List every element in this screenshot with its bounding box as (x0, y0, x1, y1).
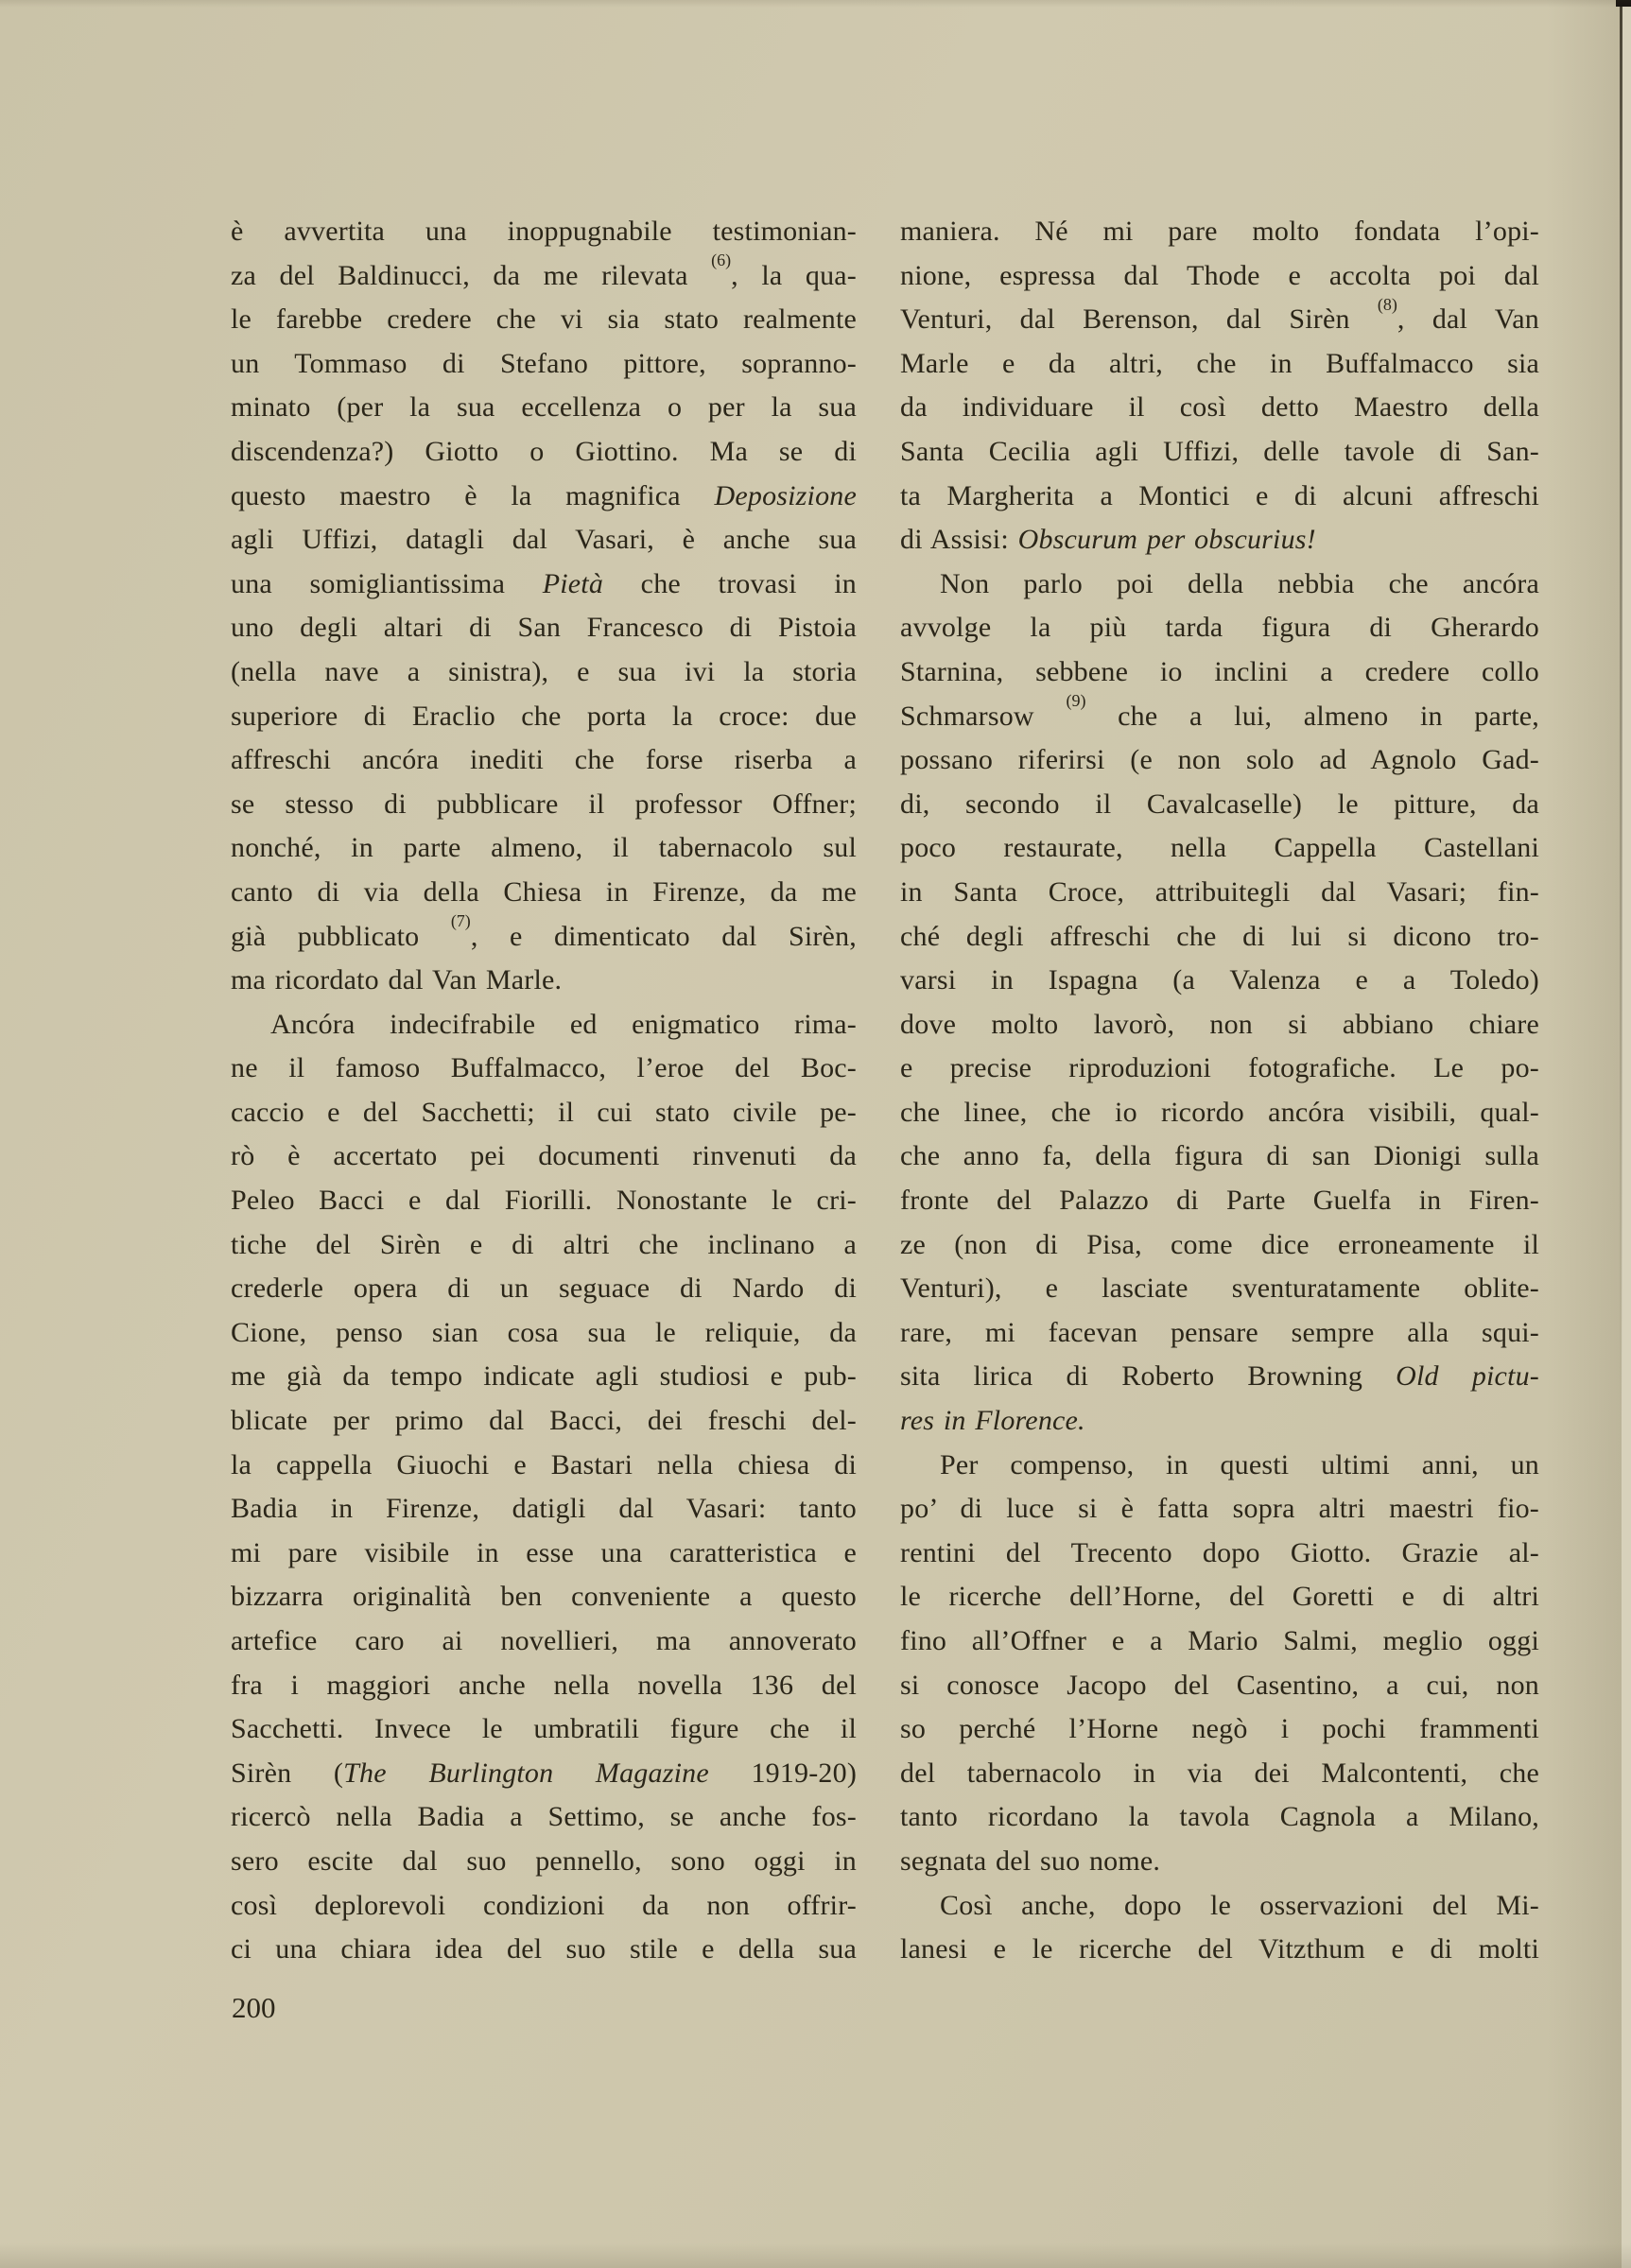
text-line: blicate per primo dal Bacci, dei freschi… (231, 1399, 857, 1444)
text-line: del tabernacolo in via dei Malcontenti, … (900, 1752, 1539, 1796)
text-line: tiche del Sirèn e di altri che inclinano… (231, 1223, 857, 1268)
text-line: lanesi e le ricerche del Vitzthum e di m… (900, 1928, 1539, 1972)
text-line: Starnina, sebbene io inclini a credere c… (900, 650, 1539, 695)
text-line: artefice caro ai novellieri, ma annovera… (231, 1619, 857, 1664)
page-edge-shadow (1546, 0, 1622, 2268)
page-gutter-line (1620, 0, 1622, 1418)
text-line: uno degli altari di San Francesco di Pis… (231, 606, 857, 650)
text-line: Badia in Firenze, datigli dal Vasari: ta… (231, 1487, 857, 1532)
text-line: Santa Cecilia agli Uffizi, delle tavole … (900, 430, 1539, 475)
text-line: segnata del suo nome. (900, 1840, 1539, 1884)
text-line: superiore di Eraclio che porta la croce:… (231, 695, 857, 739)
text-line: agli Uffizi, datagli dal Vasari, è anche… (231, 518, 857, 563)
text-line: Venturi, dal Berenson, dal Sirèn (8), da… (900, 298, 1539, 342)
bottom-edge-shadow (0, 2243, 1631, 2268)
text-line: un Tommaso di Stefano pittore, sopranno- (231, 342, 857, 387)
text-line: res in Florence. (900, 1399, 1539, 1444)
text-line: varsi in Ispagna (a Valenza e a Toledo) (900, 959, 1539, 1003)
text-line: ma ricordato dal Van Marle. (231, 959, 857, 1003)
text-line: caccio e del Sacchetti; il cui stato civ… (231, 1091, 857, 1135)
text-column-left: è avvertita una inoppugnabile testimonia… (231, 210, 857, 1972)
text-line: crederle opera di un seguace di Nardo di (231, 1267, 857, 1311)
text-line: che anno fa, della figura di san Dionigi… (900, 1134, 1539, 1179)
text-line: di Assisi: Obscurum per obscurius! (900, 518, 1539, 563)
text-line: avvolge la più tarda figura di Gherardo (900, 606, 1539, 650)
text-line: ricercò nella Badia a Settimo, se anche … (231, 1795, 857, 1840)
text-line: Non parlo poi della nebbia che ancóra (900, 563, 1539, 607)
text-line: nione, espressa dal Thode e accolta poi … (900, 254, 1539, 299)
text-line: ché degli affreschi che di lui si dicono… (900, 915, 1539, 960)
text-line: ci una chiara idea del suo stile e della… (231, 1928, 857, 1972)
text-line: in Santa Croce, attribuitegli dal Vasari… (900, 871, 1539, 915)
text-line: ta Margherita a Montici e di alcuni affr… (900, 475, 1539, 519)
text-line: è avvertita una inoppugnabile testimonia… (231, 210, 857, 254)
text-line: sero escite dal suo pennello, sono oggi … (231, 1840, 857, 1884)
top-edge-shadow (0, 0, 1631, 8)
text-line: sita lirica di Roberto Browning Old pict… (900, 1355, 1539, 1399)
text-line: Marle e da altri, che in Buffalmacco sia (900, 342, 1539, 387)
page-edge-strip (1622, 0, 1631, 2268)
text-line: fra i maggiori anche nella novella 136 d… (231, 1664, 857, 1708)
text-line: rò è accertato pei documenti rinvenuti d… (231, 1134, 857, 1179)
text-line: nonché, in parte almeno, il tabernacolo … (231, 826, 857, 871)
text-line: già pubblicato (7), e dimenticato dal Si… (231, 915, 857, 960)
text-line: po’ di luce si è fatta sopra altri maest… (900, 1487, 1539, 1532)
text-line: maniera. Né mi pare molto fondata l’opi- (900, 210, 1539, 254)
text-line: una somigliantissima Pietà che trovasi i… (231, 563, 857, 607)
text-line: dove molto lavorò, non si abbiano chiare (900, 1003, 1539, 1047)
text-line: (nella nave a sinistra), e sua ivi la st… (231, 650, 857, 695)
text-line: Sacchetti. Invece le umbratili figure ch… (231, 1707, 857, 1752)
text-line: Ancóra indecifrabile ed enigmatico rima- (231, 1003, 857, 1047)
text-line: Così anche, dopo le osservazioni del Mi- (900, 1884, 1539, 1929)
text-line: di, secondo il Cavalcaselle) le pitture,… (900, 783, 1539, 827)
text-line: rare, mi facevan pensare sempre alla squ… (900, 1311, 1539, 1356)
text-line: tanto ricordano la tavola Cagnola a Mila… (900, 1795, 1539, 1840)
text-line: fino all’Offner e a Mario Salmi, meglio … (900, 1619, 1539, 1664)
text-line: minato (per la sua eccellenza o per la s… (231, 386, 857, 430)
text-line: discendenza?) Giotto o Giottino. Ma se d… (231, 430, 857, 475)
text-line: rentini del Trecento dopo Giotto. Grazie… (900, 1532, 1539, 1576)
text-line: così deplorevoli condizioni da non offri… (231, 1884, 857, 1929)
text-line: possano riferirsi (e non solo ad Agnolo … (900, 738, 1539, 783)
text-line: Schmarsow (9) che a lui, almeno in parte… (900, 695, 1539, 739)
text-line: Per compenso, in questi ultimi anni, un (900, 1444, 1539, 1488)
text-line: affreschi ancóra inediti che forse riser… (231, 738, 857, 783)
text-line: le ricerche dell’Horne, del Goretti e di… (900, 1575, 1539, 1619)
text-line: le farebbe credere che vi sia stato real… (231, 298, 857, 342)
text-line: si conosce Jacopo del Casentino, a cui, … (900, 1664, 1539, 1708)
text-column-right: maniera. Né mi pare molto fondata l’opi-… (900, 210, 1539, 1972)
text-line: fronte del Palazzo di Parte Guelfa in Fi… (900, 1179, 1539, 1223)
text-line: questo maestro è la magnifica Deposizion… (231, 475, 857, 519)
text-line: poco restaurate, nella Cappella Castella… (900, 826, 1539, 871)
text-line: Cione, penso sian cosa sua le reliquie, … (231, 1311, 857, 1356)
text-line: canto di via della Chiesa in Firenze, da… (231, 871, 857, 915)
text-line: me già da tempo indicate agli studiosi e… (231, 1355, 857, 1399)
page-number: 200 (232, 1989, 276, 2027)
text-line: da individuare il così detto Maestro del… (900, 386, 1539, 430)
text-line: Venturi), e lasciate sventuratamente obl… (900, 1267, 1539, 1311)
text-line: che linee, che io ricordo ancóra visibil… (900, 1091, 1539, 1135)
scanned-book-page: { "page": { "number": "200", "language":… (0, 0, 1631, 2268)
text-line: ze (non di Pisa, come dice erroneamente … (900, 1223, 1539, 1268)
text-line: mi pare visibile in esse una caratterist… (231, 1532, 857, 1576)
text-line: za del Baldinucci, da me rilevata (6), l… (231, 254, 857, 299)
text-line: Sirèn (The Burlington Magazine 1919-20) (231, 1752, 857, 1796)
text-line: la cappella Giuochi e Bastari nella chie… (231, 1444, 857, 1488)
text-line: se stesso di pubblicare il professor Off… (231, 783, 857, 827)
text-line: e precise riproduzioni fotografiche. Le … (900, 1047, 1539, 1091)
text-line: Peleo Bacci e dal Fiorilli. Nonostante l… (231, 1179, 857, 1223)
text-line: ne il famoso Buffalmacco, l’eroe del Boc… (231, 1047, 857, 1091)
text-line: so perché l’Horne negò i pochi frammenti (900, 1707, 1539, 1752)
text-line: bizzarra originalità ben conveniente a q… (231, 1575, 857, 1619)
